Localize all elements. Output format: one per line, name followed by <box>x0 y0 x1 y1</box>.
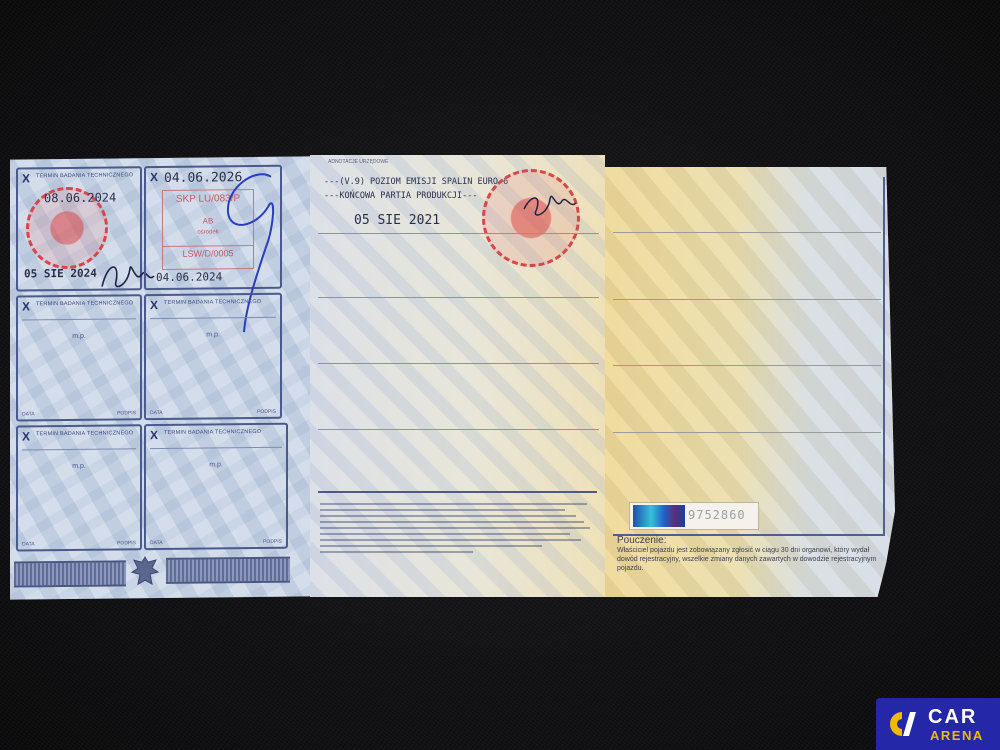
x-mark: X <box>22 429 30 443</box>
notice: Pouczenie: Właściciel pojazdu jest zobow… <box>617 535 887 573</box>
rule <box>613 299 881 300</box>
security-band-right <box>166 557 290 584</box>
production-line: ---KOŃCOWA PARTIA PRODUKCJI--- <box>324 191 478 201</box>
annotation-rule <box>318 429 599 430</box>
typed-inspection-date: 08.06.2024 <box>44 190 116 205</box>
inspection-box-2: X 04.06.2026 SKP LU/083/P AB ośrodek LSW… <box>144 165 282 290</box>
car-arena-logo: CAR ARENA <box>876 698 1000 750</box>
notice-title: Pouczenie: <box>617 535 887 546</box>
hologram-icon <box>633 505 685 527</box>
annotation-stamp-date: 05 SIE 2021 <box>354 213 440 228</box>
annotations-panel: ADNOTACJE URZĘDOWE ---(V.9) POZIOM EMISJ… <box>310 155 605 597</box>
eagle-emblem-icon <box>130 554 160 588</box>
inspection-box-1: X TERMIN BADANIA TECHNICZNEGO 08.06.2024… <box>16 166 142 291</box>
stamp-date: 05 SIE 2024 <box>24 267 97 281</box>
divider <box>22 448 136 450</box>
date-label: DATA <box>22 411 35 417</box>
date-label: DATA <box>22 541 35 547</box>
box-header: TERMIN BADANIA TECHNICZNEGO <box>36 300 133 307</box>
x-mark: X <box>150 170 158 184</box>
signature-label: PODPIS <box>117 410 136 416</box>
signature-label: PODPIS <box>263 539 282 545</box>
rule <box>613 232 881 233</box>
mp-label: m.p. <box>18 462 140 470</box>
hologram-serial: 9752860 <box>688 508 746 522</box>
inspection-panel: X TERMIN BADANIA TECHNICZNEGO 08.06.2024… <box>10 156 310 599</box>
notice-body: Właściciel pojazdu jest zobowiązany zgło… <box>617 546 887 573</box>
hologram-sticker: 9752860 <box>629 502 759 530</box>
box-header: TERMIN BADANIA TECHNICZNEGO <box>164 299 261 306</box>
annotation-rule <box>318 297 599 298</box>
emission-line: ---(V.9) POZIOM EMISJI SPALIN EURO 6 <box>324 177 508 187</box>
right-panel: 9752860 Pouczenie: Właściciel pojazdu je… <box>605 167 895 597</box>
box-header: TERMIN BADANIA TECHNICZNEGO <box>36 172 133 179</box>
x-mark: X <box>22 171 30 185</box>
rule <box>613 432 881 433</box>
annotation-rule <box>318 363 599 364</box>
mp-label: m.p. <box>18 332 140 340</box>
divider <box>22 318 136 320</box>
box-header: TERMIN BADANIA TECHNICZNEGO <box>36 430 133 437</box>
divider <box>150 317 276 319</box>
inspection-box-5: X TERMIN BADANIA TECHNICZNEGO m.p. DATA … <box>16 424 142 551</box>
inspection-box-4: X TERMIN BADANIA TECHNICZNEGO m.p. DATA … <box>144 293 282 420</box>
inspection-box-3: X TERMIN BADANIA TECHNICZNEGO m.p. DATA … <box>16 294 142 421</box>
inspection-box-6: X TERMIN BADANIA TECHNICZNEGO m.p. DATA … <box>144 423 288 551</box>
mp-label: m.p. <box>146 331 280 339</box>
annotations-header: ADNOTACJE URZĘDOWE <box>328 159 388 165</box>
rule <box>613 365 881 366</box>
mp-label: m.p. <box>146 461 286 469</box>
registration-document: X TERMIN BADANIA TECHNICZNEGO 08.06.2024… <box>10 155 900 603</box>
signature-label: PODPIS <box>117 540 136 546</box>
logo-text-arena: ARENA <box>930 728 984 743</box>
signature-label: PODPIS <box>257 409 276 415</box>
date-label: DATA <box>150 410 163 416</box>
annotation-rule <box>318 233 599 234</box>
car-arena-logo-icon <box>888 710 918 738</box>
box-header: TERMIN BADANIA TECHNICZNEGO <box>164 429 261 436</box>
x-mark: X <box>22 299 30 313</box>
field-code-legend <box>320 499 598 557</box>
x-mark: X <box>150 428 158 442</box>
security-band-left <box>14 560 126 587</box>
legend-divider <box>318 491 597 493</box>
date-label: DATA <box>150 540 163 546</box>
logo-text-car: CAR <box>928 706 977 729</box>
right-frame <box>613 177 885 536</box>
divider <box>150 447 282 449</box>
signature <box>520 185 580 225</box>
x-mark: X <box>150 298 158 312</box>
